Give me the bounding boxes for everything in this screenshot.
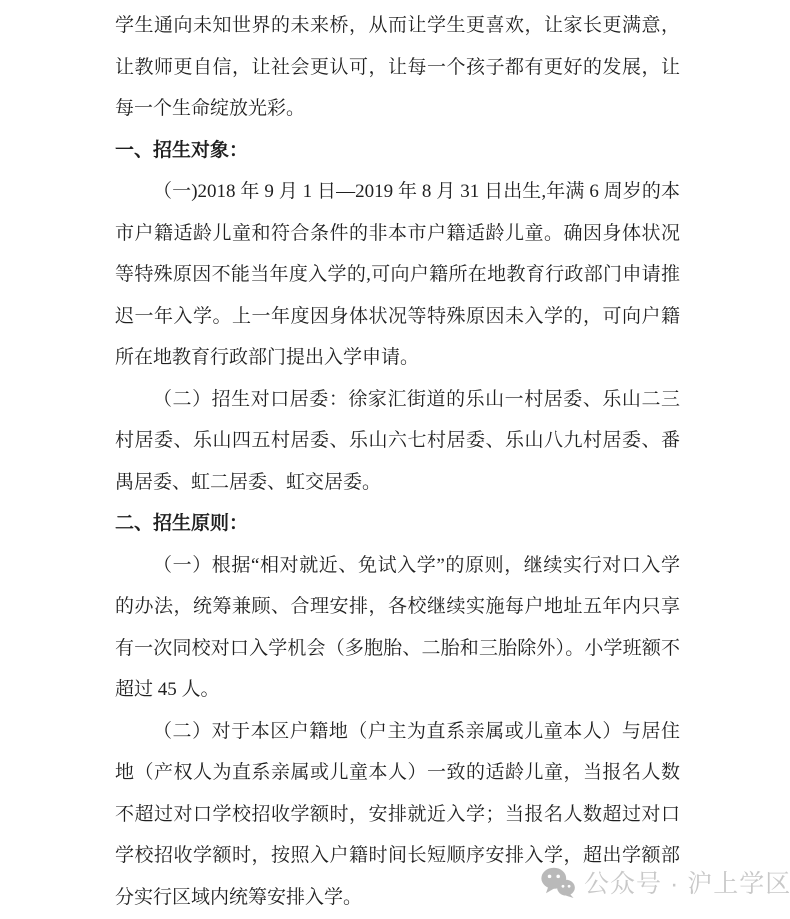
document-page: 学生通向未知世界的未来桥，从而让学生更喜欢，让家长更满意，让教师更自信，让社会更… <box>0 0 790 919</box>
watermark-label: 公众号 · 沪上学区 <box>584 864 790 900</box>
paragraph-principle-proximity: （一）根据“相对就近、免试入学”的原则，继续实行对口入学的办法，统筹兼顾、合理安… <box>115 545 680 711</box>
wechat-icon <box>541 867 575 898</box>
paragraph-intro-continuation: 学生通向未知世界的未来桥，从而让学生更喜欢，让家长更满意，让教师更自信，让社会更… <box>115 5 680 130</box>
section-heading-enrollment-targets: 一、招生对象： <box>115 130 680 172</box>
paragraph-age-eligibility: （一)2018 年 9 月 1 日—2019 年 8 月 31 日出生,年满 6… <box>115 171 680 379</box>
section-heading-enrollment-principles: 二、招生原则： <box>115 503 680 545</box>
watermark: 公众号 · 沪上学区 <box>541 864 790 900</box>
document-body: 学生通向未知世界的未来桥，从而让学生更喜欢，让家长更满意，让教师更自信，让社会更… <box>115 5 680 918</box>
paragraph-neighborhood-committees: （二）招生对口居委：徐家汇街道的乐山一村居委、乐山二三村居委、乐山四五村居委、乐… <box>115 379 680 504</box>
